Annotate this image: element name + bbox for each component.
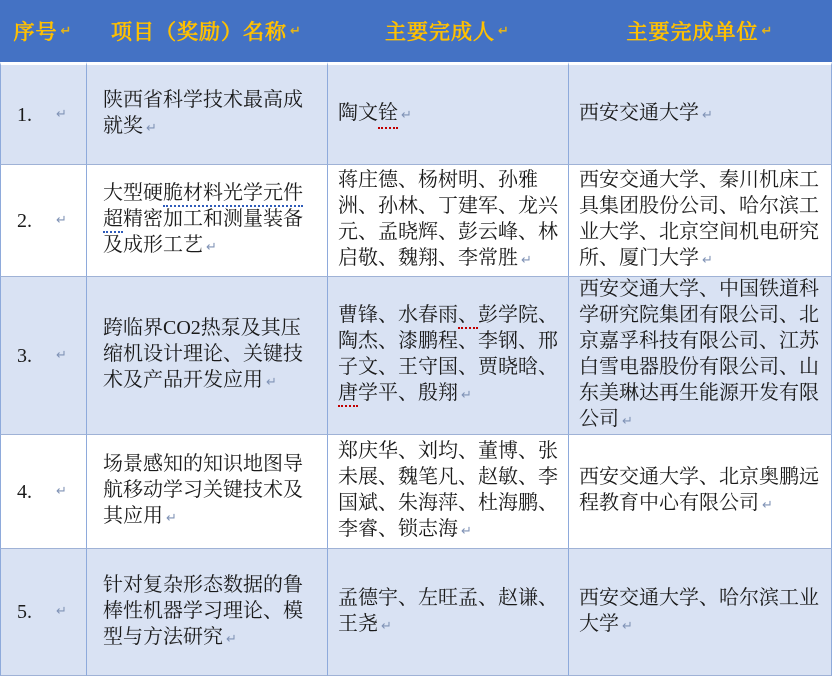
column-header-label: 主要完成单位 xyxy=(627,16,759,46)
column-header-label: 主要完成人 xyxy=(385,16,495,46)
project-title: 大型硬脆材料光学元件超精密加工和测量装备及成形工艺 xyxy=(103,182,303,256)
project-title-cell[interactable]: 针对复杂形态数据的鲁棒性机器学习理论、模型与方法研究↵ xyxy=(86,549,327,676)
persons-cell[interactable]: 蒋庄德、杨树明、孙雅洲、孙林、丁建军、龙兴元、孟晓辉、彭云峰、林启敬、魏翔、李常… xyxy=(327,165,568,277)
spellcheck-underline xyxy=(378,127,398,129)
project-title-cell[interactable]: 大型硬脆材料光学元件超精密加工和测量装备及成形工艺↵ xyxy=(86,165,327,277)
organizations-cell[interactable]: 西安交通大学、哈尔滨工业大学↵ xyxy=(568,549,832,676)
table-row: 5.↵ 针对复杂形态数据的鲁棒性机器学习理论、模型与方法研究↵ 孟德宇、左旺孟、… xyxy=(0,549,832,676)
serial-number: 5. xyxy=(17,599,32,625)
serial-cell[interactable]: 3.↵ xyxy=(0,277,86,435)
organizations-list: 西安交通大学、中国铁道科学研究院集团有限公司、北京嘉孚科技有限公司、江苏白雪电器… xyxy=(579,278,819,430)
pilcrow-icon: ↵ xyxy=(702,253,713,268)
spellcheck-underline xyxy=(103,231,123,233)
organizations-list: 西安交通大学、哈尔滨工业大学 xyxy=(579,587,819,635)
persons-list: 曹锋、水春雨、彭学院、陶杰、漆鹏程、李钢、邢子文、王守国、贾晓晗、唐学平、殷翔 xyxy=(338,304,558,404)
serial-number: 3. xyxy=(17,343,32,369)
pilcrow-icon: ↵ xyxy=(622,619,633,634)
column-header-main-organizations[interactable]: 主要完成单位↵ xyxy=(568,0,832,62)
column-header-serial[interactable]: 序号↵ xyxy=(0,0,86,62)
pilcrow-icon: ↵ xyxy=(290,24,302,39)
pilcrow-icon: ↵ xyxy=(461,388,472,403)
serial-number: 1. xyxy=(17,102,32,128)
pilcrow-icon: ↵ xyxy=(56,343,67,369)
project-title: 陕西省科学技术最高成就奖 xyxy=(103,89,303,137)
persons-list: 郑庆华、刘均、董博、张未展、魏笔凡、赵敏、李国斌、朱海萍、杜海鹏、李睿、锁志海 xyxy=(338,440,558,540)
persons-list: 陶文铨 xyxy=(338,102,398,124)
column-header-project-name[interactable]: 项目（奖励）名称↵ xyxy=(86,0,327,62)
pilcrow-icon: ↵ xyxy=(762,498,773,513)
pilcrow-icon: ↵ xyxy=(401,108,412,123)
organizations-cell[interactable]: 西安交通大学、北京奥鹏远程教育中心有限公司↵ xyxy=(568,435,832,549)
pilcrow-icon: ↵ xyxy=(381,619,392,634)
spellcheck-underline xyxy=(458,327,478,329)
project-title-cell[interactable]: 跨临界CO2热泵及其压缩机设计理论、关键技术及产品开发应用↵ xyxy=(86,277,327,435)
pilcrow-icon: ↵ xyxy=(521,253,532,268)
pilcrow-icon: ↵ xyxy=(146,121,157,136)
table-header-row: 序号↵ 项目（奖励）名称↵ 主要完成人↵ 主要完成单位↵ xyxy=(0,0,832,62)
serial-number: 2. xyxy=(17,208,32,234)
pilcrow-icon: ↵ xyxy=(702,108,713,123)
project-title: 场景感知的知识地图导航移动学习关键技术及其应用 xyxy=(103,453,303,527)
table-row: 1.↵ 陕西省科学技术最高成就奖↵ 陶文铨↵ 西安交通大学↵ xyxy=(0,62,832,165)
organizations-list: 西安交通大学 xyxy=(579,102,699,124)
serial-cell[interactable]: 4.↵ xyxy=(0,435,86,549)
pilcrow-icon: ↵ xyxy=(762,24,774,39)
pilcrow-icon: ↵ xyxy=(622,414,633,429)
table-row: 4.↵ 场景感知的知识地图导航移动学习关键技术及其应用↵ 郑庆华、刘均、董博、张… xyxy=(0,435,832,549)
award-table-document: 序号↵ 项目（奖励）名称↵ 主要完成人↵ 主要完成单位↵ 1.↵ 陕西省科学技术… xyxy=(0,0,832,676)
project-title-cell[interactable]: 场景感知的知识地图导航移动学习关键技术及其应用↵ xyxy=(86,435,327,549)
persons-list: 孟德宇、左旺孟、赵谦、王尧 xyxy=(338,587,558,635)
serial-cell[interactable]: 5.↵ xyxy=(0,549,86,676)
table-row: 3.↵ 跨临界CO2热泵及其压缩机设计理论、关键技术及产品开发应用↵ 曹锋、水春… xyxy=(0,277,832,435)
serial-cell[interactable]: 1.↵ xyxy=(0,62,86,165)
project-title-cell[interactable]: 陕西省科学技术最高成就奖↵ xyxy=(86,62,327,165)
persons-cell[interactable]: 陶文铨↵ xyxy=(327,62,568,165)
pilcrow-icon: ↵ xyxy=(206,240,217,255)
pilcrow-icon: ↵ xyxy=(498,24,510,39)
serial-number: 4. xyxy=(17,479,32,505)
pilcrow-icon: ↵ xyxy=(61,24,73,39)
organizations-list: 西安交通大学、北京奥鹏远程教育中心有限公司 xyxy=(579,466,819,514)
organizations-cell[interactable]: 西安交通大学↵ xyxy=(568,62,832,165)
project-title: 针对复杂形态数据的鲁棒性机器学习理论、模型与方法研究 xyxy=(103,574,303,648)
pilcrow-icon: ↵ xyxy=(56,208,67,234)
spellcheck-underline xyxy=(338,405,358,407)
column-header-main-completers[interactable]: 主要完成人↵ xyxy=(327,0,568,62)
organizations-cell[interactable]: 西安交通大学、秦川机床工具集团股份公司、哈尔滨工业大学、北京空间机电研究所、厦门… xyxy=(568,165,832,277)
pilcrow-icon: ↵ xyxy=(166,511,177,526)
organizations-list: 西安交通大学、秦川机床工具集团股份公司、哈尔滨工业大学、北京空间机电研究所、厦门… xyxy=(579,169,819,269)
persons-cell[interactable]: 郑庆华、刘均、董博、张未展、魏笔凡、赵敏、李国斌、朱海萍、杜海鹏、李睿、锁志海↵ xyxy=(327,435,568,549)
organizations-cell[interactable]: 西安交通大学、中国铁道科学研究院集团有限公司、北京嘉孚科技有限公司、江苏白雪电器… xyxy=(568,277,832,435)
pilcrow-icon: ↵ xyxy=(56,599,67,625)
pilcrow-icon: ↵ xyxy=(461,524,472,539)
column-header-label: 序号 xyxy=(14,16,58,46)
pilcrow-icon: ↵ xyxy=(266,375,277,390)
pilcrow-icon: ↵ xyxy=(56,102,67,128)
persons-cell[interactable]: 曹锋、水春雨、彭学院、陶杰、漆鹏程、李钢、邢子文、王守国、贾晓晗、唐学平、殷翔↵ xyxy=(327,277,568,435)
column-header-label: 项目（奖励）名称 xyxy=(111,16,287,46)
pilcrow-icon: ↵ xyxy=(226,632,237,647)
pilcrow-icon: ↵ xyxy=(56,479,67,505)
serial-cell[interactable]: 2.↵ xyxy=(0,165,86,277)
spellcheck-underline xyxy=(163,205,303,207)
table-row: 2.↵ 大型硬脆材料光学元件超精密加工和测量装备及成形工艺↵ 蒋庄德、杨树明、孙… xyxy=(0,165,832,277)
persons-cell[interactable]: 孟德宇、左旺孟、赵谦、王尧↵ xyxy=(327,549,568,676)
